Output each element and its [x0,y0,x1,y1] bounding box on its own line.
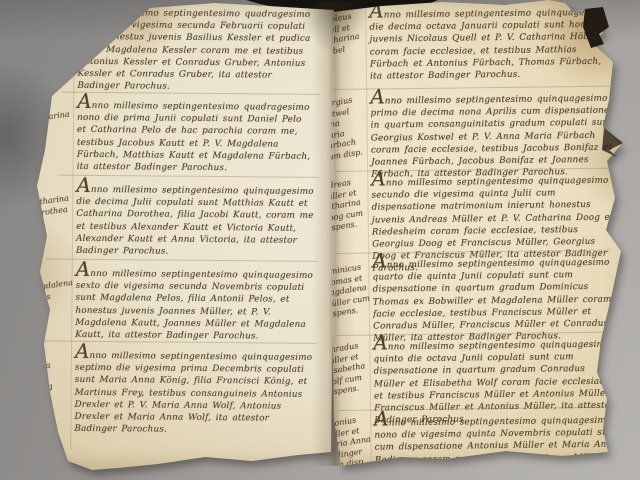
entry-margin-note: Conradus Müller et Elisabetha Wolf cum d… [319,339,376,398]
right-page-content: Nicolaus Quell et Catharina Höbel Anno m… [0,0,640,480]
right-page-wrap: Nicolaus Quell et Catharina Höbel Anno m… [0,0,640,480]
entry-margin-note: Antonius Müller et Maria Anna Badinger c… [320,413,377,472]
entry-body-text: Anno millesimo septingentesimo quinquage… [374,412,619,479]
right-page: Nicolaus Quell et Catharina Höbel Anno m… [0,0,640,480]
entry-margin-note: Nicolaus Quell et Catharina Höbel [316,9,372,58]
entry-margin-note: Georgius Kostwel Anna Maria Fürbach cum … [315,93,374,163]
entry-body-text: Anno millesimo septingentesimo quinquage… [369,4,614,83]
entry-margin-note: Dominicus Thomas et Magdalena Müller cum… [318,261,375,320]
entry-margin-note: Andreas Müller et Catharina Doog cum dis… [317,175,374,234]
manuscript-photo: Magdalena Kessler Anno millesimo septing… [0,0,640,480]
